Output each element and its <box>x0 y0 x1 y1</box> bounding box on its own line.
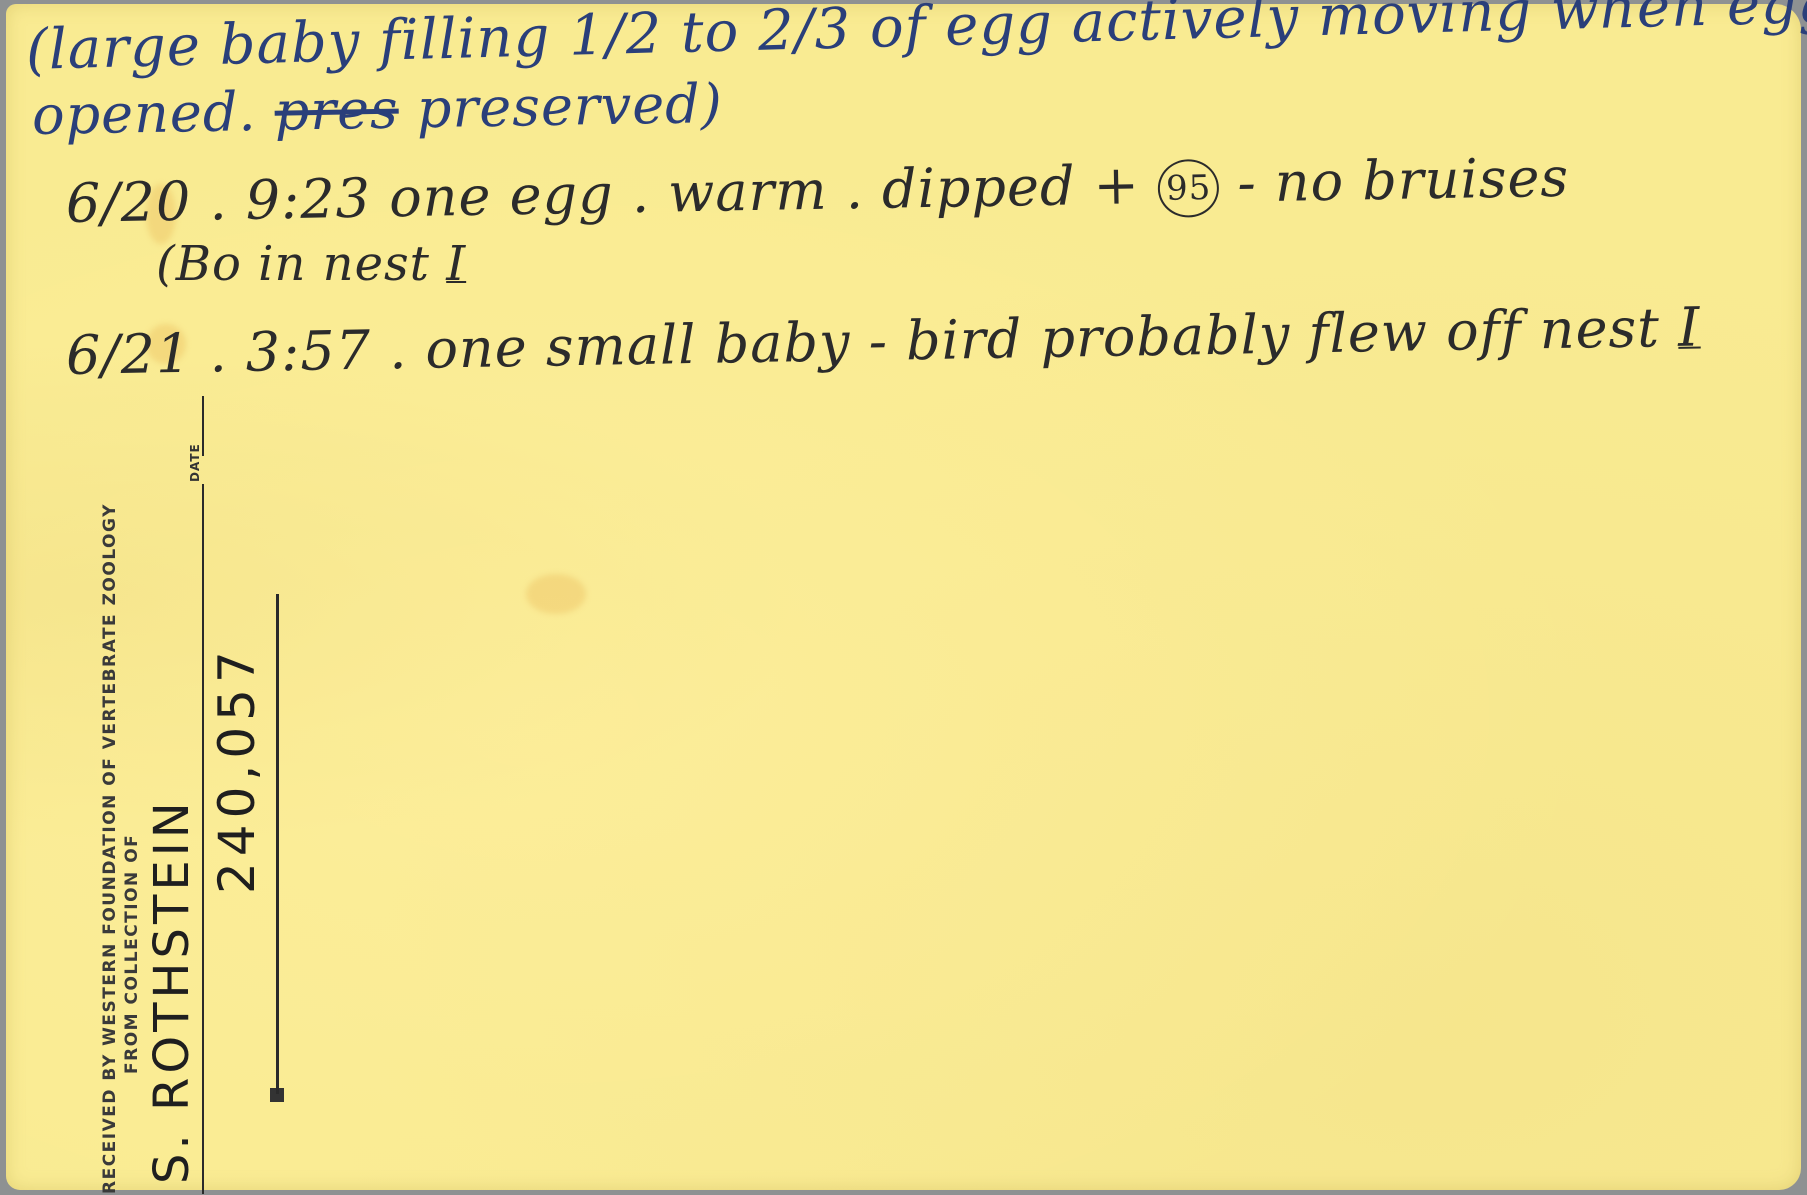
catalog-number: 240,057 <box>208 645 266 894</box>
note-text: (Bo in nest <box>156 236 446 292</box>
collection-stamp: RECEIVED BY WESTERN FOUNDATION OF VERTEB… <box>96 394 326 1194</box>
note-text: 6/21 . 3:57 . one small baby - bird prob… <box>65 296 1678 387</box>
note-text: preserved) <box>398 72 723 141</box>
note-text: 6/20 . 9:23 one egg . warm . dipped + <box>65 153 1158 235</box>
date-rule <box>202 396 204 456</box>
collector-name: S. ROTHSTEIN <box>144 798 200 1184</box>
specimen-card: (large baby filling 1/2 to 2/3 of egg ac… <box>6 4 1801 1190</box>
stain <box>526 574 586 614</box>
note-line-5: 6/21 . 3:57 . one small baby - bird prob… <box>65 295 1700 387</box>
note-text: opened. <box>31 80 275 147</box>
collector-rule <box>202 484 204 1194</box>
struck-word: pres <box>274 78 399 143</box>
note-text: - no bruises <box>1219 146 1570 215</box>
circled-number: 95 <box>1158 159 1220 218</box>
catalog-rule <box>276 594 279 1094</box>
note-line-1: (large baby filling 1/2 to 2/3 of egg ac… <box>25 0 1807 83</box>
nest-number: I <box>446 236 466 292</box>
date-label: DATE <box>188 443 202 482</box>
stamp-collection-label: FROM COLLECTION OF <box>122 834 142 1074</box>
stamp-institution: RECEIVED BY WESTERN FOUNDATION OF VERTEB… <box>100 503 120 1194</box>
note-line-3: 6/20 . 9:23 one egg . warm . dipped + 95… <box>65 146 1569 237</box>
nest-number: I <box>1677 295 1700 358</box>
note-line-2: opened. pres preserved) <box>31 72 723 147</box>
note-line-4: (Bo in nest I <box>156 236 466 292</box>
